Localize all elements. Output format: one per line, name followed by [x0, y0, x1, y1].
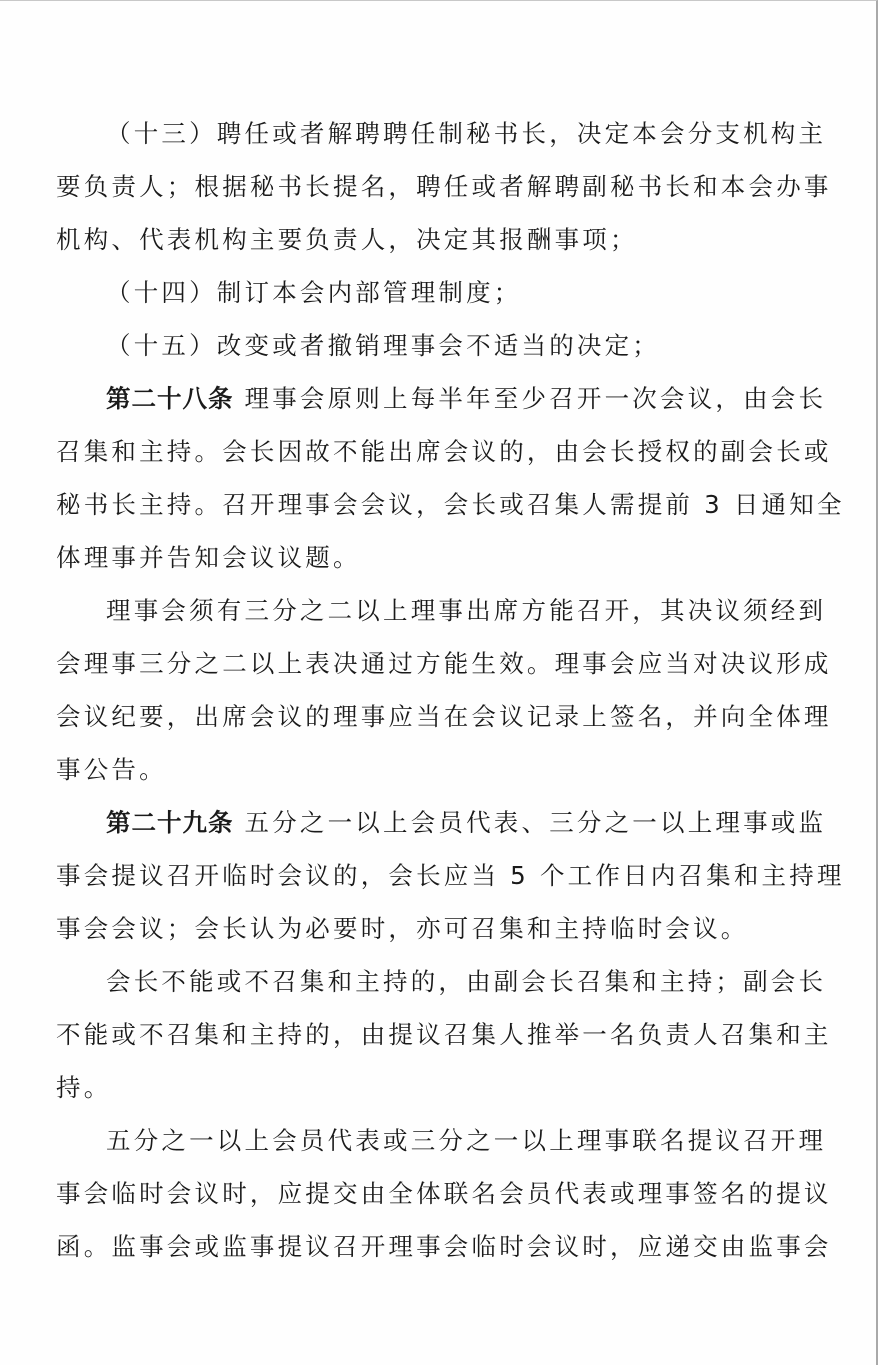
text-line: 函。监事会或监事提议召开理事会临时会议时，应递交由监事会: [56, 1232, 832, 1262]
text-line: 事会临时会议时，应提交由全体联名会员代表或理事签名的提议: [56, 1179, 832, 1209]
text-line: 会长不能或不召集和主持的，由副会长召集和主持；副会长: [106, 967, 826, 997]
article-29-first-line: 第二十九条 五分之一以上会员代表、三分之一以上理事或监: [106, 808, 826, 838]
text-line: （十五）改变或者撤销理事会不适当的决定；: [106, 331, 660, 361]
text-line: （十四）制订本会内部管理制度；: [106, 278, 522, 308]
text-line: 持。: [56, 1073, 111, 1103]
document-page: （十三）聘任或者解聘聘任制秘书长，决定本会分支机构主 要负责人；根据秘书长提名，…: [0, 0, 878, 1365]
text-line: 五分之一以上会员代表或三分之一以上理事联名提议召开理: [106, 1126, 826, 1156]
text-line: 秘书长主持。召开理事会会议，会长或召集人需提前 3 日通知全: [56, 490, 845, 520]
text-line: （十三）聘任或者解聘聘任制秘书长，决定本会分支机构主: [106, 119, 826, 149]
article-heading: 第二十八条: [106, 384, 234, 413]
text-line: 机构、代表机构主要负责人，决定其报酬事项；: [56, 225, 638, 255]
text-line: 会议纪要，出席会议的理事应当在会议记录上签名，并向全体理: [56, 702, 832, 732]
article-text: 五分之一以上会员代表、三分之一以上理事或监: [245, 808, 827, 837]
article-text: 理事会原则上每半年至少召开一次会议，由会长: [245, 384, 827, 413]
text-line: 事公告。: [56, 755, 167, 785]
text-line: 体理事并告知会议议题。: [56, 543, 361, 573]
text-line: 理事会须有三分之二以上理事出席方能召开，其决议须经到: [106, 596, 826, 626]
article-28-first-line: 第二十八条 理事会原则上每半年至少召开一次会议，由会长: [106, 384, 826, 414]
text-line: 不能或不召集和主持的，由提议召集人推举一名负责人召集和主: [56, 1020, 832, 1050]
text-line: 事会会议；会长认为必要时，亦可召集和主持临时会议。: [56, 914, 749, 944]
text-line: 事会提议召开临时会议的，会长应当 5 个工作日内召集和主持理: [56, 861, 845, 891]
text-line: 要负责人；根据秘书长提名，聘任或者解聘副秘书长和本会办事: [56, 172, 832, 202]
text-line: 会理事三分之二以上表决通过方能生效。理事会应当对决议形成: [56, 649, 832, 679]
text-line: 召集和主持。会长因故不能出席会议的，由会长授权的副会长或: [56, 437, 832, 467]
article-heading: 第二十九条: [106, 808, 234, 837]
